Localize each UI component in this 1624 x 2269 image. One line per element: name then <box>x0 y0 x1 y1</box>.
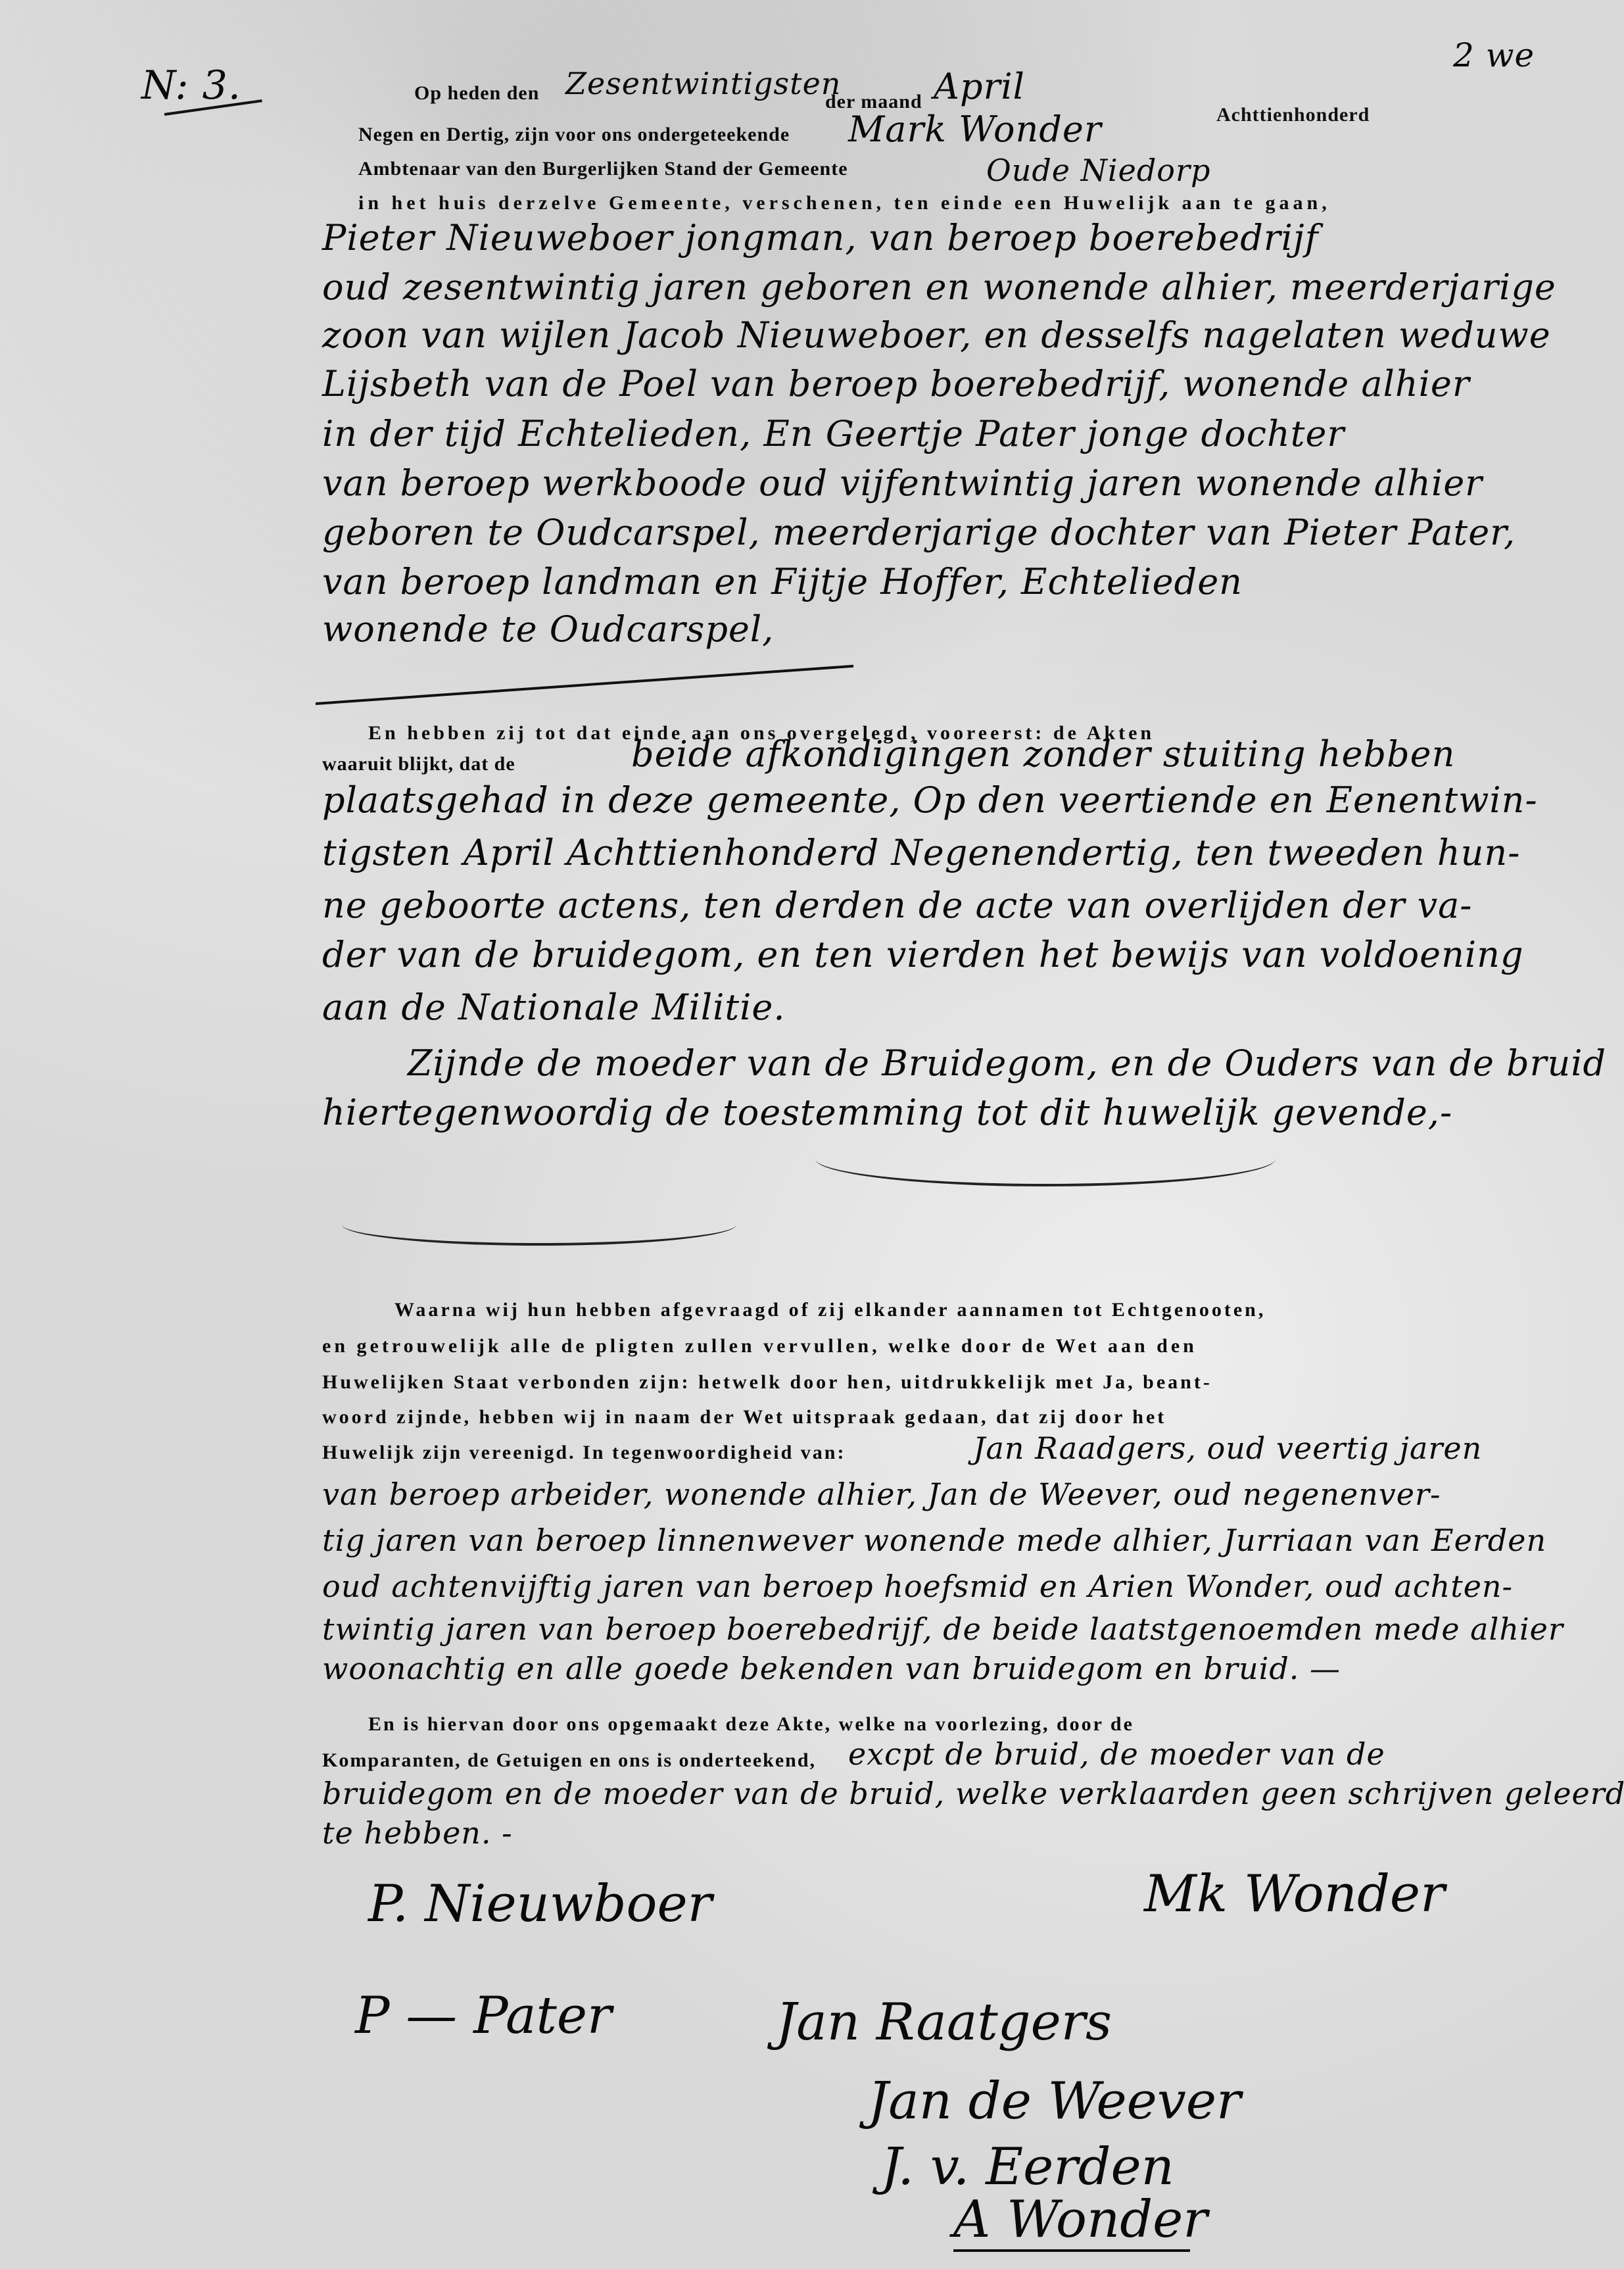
opening-printed-1: Op heden den <box>414 82 539 105</box>
documents-line-2: plaatsgehad in deze gemeente, Op den vee… <box>322 779 1538 821</box>
documents-line-4: ne geboorte actens, ten derden de acte v… <box>322 885 1473 926</box>
official-name: Mark Wonder <box>848 109 1102 150</box>
parties-line-4: Lijsbeth van de Poel van beroep boerebed… <box>322 363 1470 404</box>
marriage-record-page: N: 3. 2 we Op heden den Zesentwintigsten… <box>0 0 1624 2269</box>
opening-day: Zesentwintigsten <box>565 66 841 101</box>
parties-line-8: van beroep landman en Fijtje Hoffer, Ech… <box>322 561 1243 602</box>
flourish-2 <box>342 1204 736 1246</box>
signature-witness-1: Jan Raatgers <box>776 1993 1112 2052</box>
documents-line-6: aan de Nationale Militie. <box>322 987 786 1028</box>
documents-printed-2: waaruit blijkt, dat de <box>322 753 515 775</box>
section-divider-1 <box>316 665 853 705</box>
documents-line-1: beide afkondigingen zonder stuiting hebb… <box>631 733 1455 775</box>
opening-printed-line4: in het huis derzelve Gemeente, verschene… <box>358 192 1331 214</box>
consent-line-2: hiertegenwoordig de toestemming tot dit … <box>322 1092 1452 1133</box>
closing-hand-3: te hebben. - <box>322 1815 513 1851</box>
signature-underline <box>953 2249 1190 2252</box>
opening-printed-line3: Ambtenaar van den Burgerlijken Stand der… <box>358 158 848 180</box>
closing-printed-2: Komparanten, de Getuigen en ons is onder… <box>322 1749 816 1772</box>
documents-line-3: tigsten April Achttienhonderd Negenender… <box>322 832 1520 873</box>
parties-line-1: Pieter Nieuweboer jongman, van beroep bo… <box>322 217 1319 258</box>
municipality: Oude Niedorp <box>986 153 1210 188</box>
signature-official: Mk Wonder <box>1144 1865 1445 1924</box>
closing-hand-2: bruidegom en de moeder van de bruid, wel… <box>322 1776 1624 1811</box>
closing-printed-1: En is hiervan door ons opgemaakt deze Ak… <box>368 1713 1134 1736</box>
page-reference: 2 we <box>1453 36 1535 74</box>
parties-line-5: in der tijd Echtelieden, En Geertje Pate… <box>322 413 1345 454</box>
parties-line-3: zoon van wijlen Jacob Nieuweboer, en des… <box>322 314 1551 356</box>
witness-line-2: van beroep arbeider, wonende alhier, Jan… <box>322 1476 1441 1512</box>
signature-witness-3: J. v. Eerden <box>881 2137 1174 2197</box>
opening-month: April <box>934 66 1025 107</box>
signature-groom: P. Nieuwboer <box>368 1874 712 1934</box>
ceremony-printed-3: Huwelijken Staat verbonden zijn: hetwelk… <box>322 1371 1212 1394</box>
ceremony-printed-1: Waarna wij hun hebben afgevraagd of zij … <box>394 1299 1266 1321</box>
witness-line-1: Jan Raadgers, oud veertig jaren <box>973 1430 1482 1466</box>
parties-line-7: geboren te Oudcarspel, meerderjarige doc… <box>322 512 1516 553</box>
opening-printed-3: Achttienhonderd <box>1216 104 1370 126</box>
witness-line-6: woonachtig en alle goede bekenden van br… <box>322 1651 1341 1686</box>
ceremony-printed-2: en getrouwelijk alle de pligten zullen v… <box>322 1335 1197 1357</box>
flourish-1 <box>815 1131 1276 1186</box>
signature-witness-2: Jan de Weever <box>868 2072 1241 2131</box>
signature-witness-4: A Wonder <box>953 2190 1208 2249</box>
closing-hand-1: excpt de bruid, de moeder van de <box>848 1736 1385 1772</box>
parties-line-6: van beroep werkboode oud vijfentwintig j… <box>322 462 1483 504</box>
documents-line-5: der van de bruidegom, en ten vierden het… <box>322 934 1524 975</box>
signature-bride: P — Pater <box>355 1986 611 2045</box>
parties-line-9: wonende te Oudcarspel, <box>322 608 774 650</box>
record-number: N: 3. <box>141 62 241 109</box>
witness-line-5: twintig jaren van beroep boerebedrijf, d… <box>322 1611 1564 1647</box>
witness-line-3: tig jaren van beroep linnenwever wonende… <box>322 1523 1546 1558</box>
opening-printed-line2: Negen en Dertig, zijn voor ons ondergete… <box>358 124 790 146</box>
ceremony-printed-5: Huwelijk zijn vereenigd. In tegenwoordig… <box>322 1442 846 1464</box>
parties-line-2: oud zesentwintig jaren geboren en wonend… <box>322 266 1556 308</box>
witness-line-4: oud achtenvijftig jaren van beroep hoefs… <box>322 1569 1513 1604</box>
consent-line-1: Zijnde de moeder van de Bruidegom, en de… <box>408 1042 1606 1084</box>
ceremony-printed-4: woord zijnde, hebben wij in naam der Wet… <box>322 1406 1166 1428</box>
